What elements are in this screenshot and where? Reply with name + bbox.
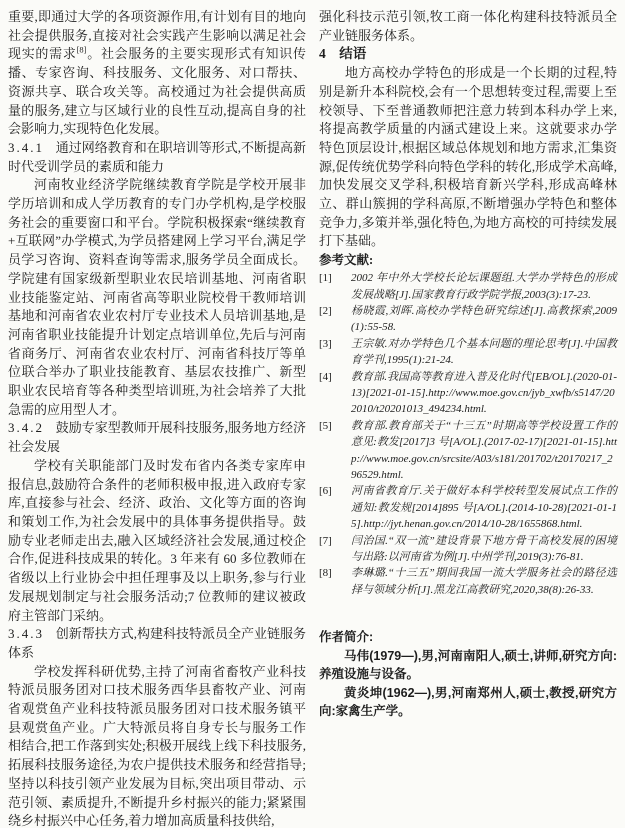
section-heading-3-4-2: 3.4.2鼓励专家型教师开展科技服务,服务地方经济社会发展 [8,419,306,456]
section-heading-3-4-1: 3.4.1通过网络教育和在职培训等形式,不断提高新时代受训学员的素质和能力 [8,139,306,176]
right-column: 强化科技示范引领,牧工商一体化构建科技特派员全产业链服务体系。 4结语 地方高校… [319,8,617,828]
reference-text: 教育部.我国高等教育进入普及化时代[EB/OL].(2020-01-13)[20… [351,369,617,418]
reference-label: [5] [319,418,351,484]
section-number: 3.4.3 [8,626,44,641]
reference-label: [8] [319,565,351,598]
paragraph-continuation: 重要,即通过大学的各项资源作用,有计划有目的地向社会提供服务,直接对社会实践产生… [8,8,306,139]
reference-label: [7] [319,533,351,566]
reference-item: [3]王宗敏.对办学特色几个基本问题的理论思考[J].中国教育学刊,1995(1… [319,336,617,369]
reference-item: [2]杨晓霞,刘晖.高校办学特色研究综述[J].高教探索,2009(1):55-… [319,303,617,336]
reference-label: [6] [319,483,351,532]
reference-item: [5]教育部.教育部关于“十三五”时期高等学校设置工作的意见:教发[2017]3… [319,418,617,484]
section-title: 鼓励专家型教师开展科技服务,服务地方经济社会发展 [8,420,306,454]
reference-label: [1] [319,270,351,303]
reference-label: [2] [319,303,351,336]
section-body-3-4-3: 学校发挥科研优势,主持了河南省畜牧产业科技特派员服务团对口技术服务西华县畜牧产业… [8,663,306,828]
section-title: 通过网络教育和在职培训等形式,不断提高新时代受训学员的素质和能力 [8,140,306,174]
reference-item: [4]教育部.我国高等教育进入普及化时代[EB/OL].(2020-01-13)… [319,369,617,418]
author-bio: 马伟(1979—),男,河南南阳人,硕士,讲师,研究方向:养殖设施与设备。 [319,647,617,684]
left-column: 重要,即通过大学的各项资源作用,有计划有目的地向社会提供服务,直接对社会实践产生… [8,8,306,828]
reference-item: [8]李琳璐.“十三五”期间我国一流大学服务社会的路径选择与领域分析[J].黑龙… [319,565,617,598]
conclusion-body: 地方高校办学特色的形成是一个长期的过程,特别是新升本科院校,会有一个思想转变过程… [319,64,617,251]
reference-item: [7]闫治国.“双一流”建设背景下地方骨干高校发展的困境与出路:以河南省为例[J… [319,533,617,566]
section-heading-3-4-3: 3.4.3创新帮扶方式,构建科技特派员全产业链服务体系 [8,625,306,662]
paragraph-continuation: 强化科技示范引领,牧工商一体化构建科技特派员全产业链服务体系。 [319,8,617,45]
references-heading: 参考文献: [319,251,617,270]
section-body-3-4-1: 河南牧业经济学院继续教育学院是学校开展非学历培训和成人学历教育的专门办学机构,是… [8,176,306,419]
author-bio-section: 作者简介: 马伟(1979—),男,河南南阳人,硕士,讲师,研究方向:养殖设施与… [319,628,617,721]
reference-text: 王宗敏.对办学特色几个基本问题的理论思考[J].中国教育学刊,1995(1):2… [351,336,617,369]
reference-text: 教育部.教育部关于“十三五”时期高等学校设置工作的意见:教发[2017]3 号[… [351,418,617,484]
citation-marker-8: [8] [77,45,87,55]
section-title: 结语 [339,46,366,61]
section-number: 3.4.2 [8,420,44,435]
author-bio-heading: 作者简介: [319,628,617,647]
author-bio: 黄炎坤(1962—),男,河南郑州人,硕士,教授,研究方向:家禽生产学。 [319,684,617,721]
reference-item: [6]河南省教育厅.关于做好本科学校转型发展试点工作的通知:教发规[2014]8… [319,483,617,532]
reference-item: [1]2002 年中外大学校长论坛课题组.大学办学特色的形成发展战略[J].国家… [319,270,617,303]
reference-label: [3] [319,336,351,369]
reference-text: 杨晓霞,刘晖.高校办学特色研究综述[J].高教探索,2009(1):55-58. [351,303,617,336]
section-number: 4 [319,46,326,61]
reference-label: [4] [319,369,351,418]
reference-text: 2002 年中外大学校长论坛课题组.大学办学特色的形成发展战略[J].国家教育行… [351,270,617,303]
paper-page: 重要,即通过大学的各项资源作用,有计划有目的地向社会提供服务,直接对社会实践产生… [0,0,625,828]
section-body-3-4-2: 学校有关职能部门及时发布省内各类专家库申报信息,鼓励符合条件的老师积极申报,进入… [8,457,306,625]
section-heading-conclusion: 4结语 [319,45,617,64]
section-number: 3.4.1 [8,140,44,155]
reference-text: 闫治国.“双一流”建设背景下地方骨干高校发展的困境与出路:以河南省为例[J].中… [351,533,617,566]
reference-text: 李琳璐.“十三五”期间我国一流大学服务社会的路径选择与领域分析[J].黑龙江高教… [351,565,617,598]
section-title: 创新帮扶方式,构建科技特派员全产业链服务体系 [8,626,306,660]
references-list: [1]2002 年中外大学校长论坛课题组.大学办学特色的形成发展战略[J].国家… [319,270,617,598]
reference-text: 河南省教育厅.关于做好本科学校转型发展试点工作的通知:教发规[2014]895 … [351,483,617,532]
